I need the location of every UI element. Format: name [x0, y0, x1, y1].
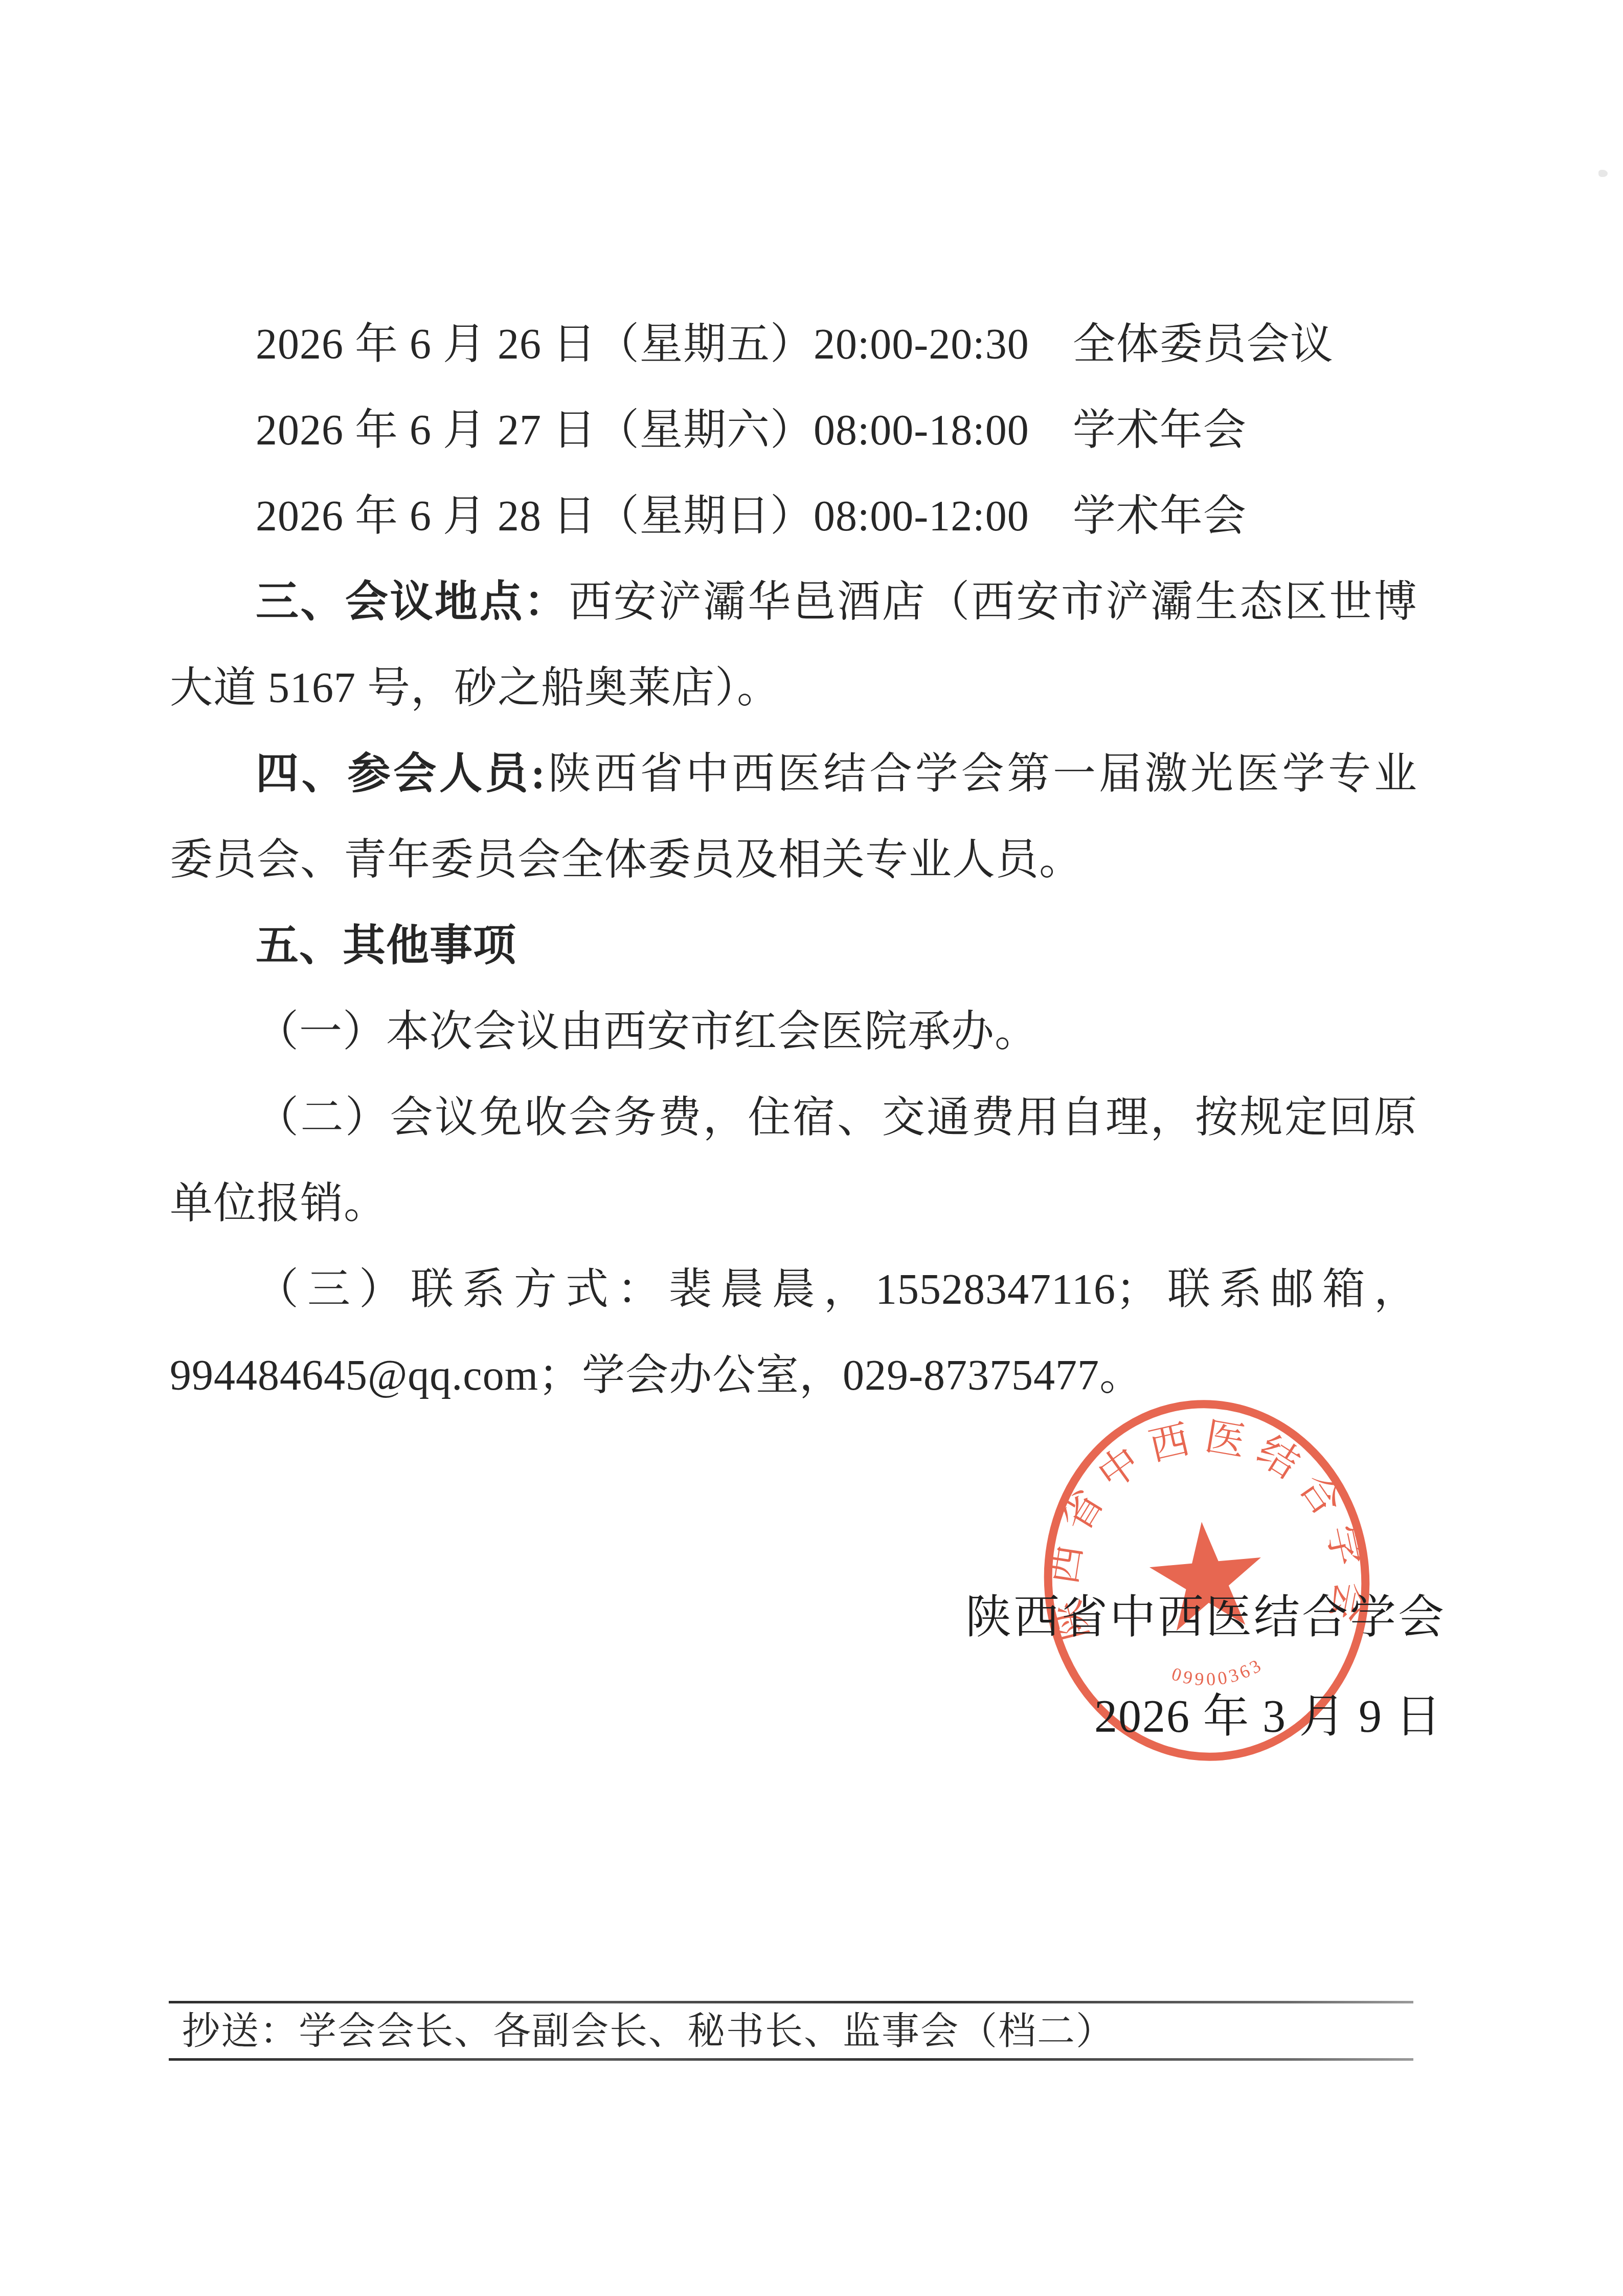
body-line: 四、参会人员:陕西省中西医结合学会第一届激光医学专业	[170, 731, 1417, 817]
body-line: 委员会、青年委员会全体委员及相关专业人员。	[170, 817, 1417, 903]
signature-org-name: 陕西省中西医结合学会	[965, 1590, 1446, 1646]
text-run-bold: 五、其他事项	[256, 922, 516, 970]
body-line: 单位报销。	[170, 1161, 1417, 1247]
text-run: 陕西省中西医结合学会第一届激光医学专业	[546, 750, 1417, 798]
seal-serial-number: 099003636	[993, 1359, 1268, 1707]
text-run: （二）会议免收会务费，住宿、交通费用自理，按规定回原	[256, 1094, 1417, 1142]
body-line: 大道 5167 号，砂之船奥莱店）。	[170, 645, 1417, 731]
signature-date: 2026 年 3 月 9 日	[1094, 1689, 1442, 1745]
text-run: 2026 年 6 月 26 日（星期五）20:00-20:30 全体委员会议	[256, 321, 1334, 368]
document-body: 2026 年 6 月 26 日（星期五）20:00-20:30 全体委员会议20…	[170, 302, 1417, 1419]
text-run-bold: 四、参会人员:	[256, 750, 546, 798]
body-line: 2026 年 6 月 28 日（星期日）08:00-12:00 学术年会	[170, 474, 1417, 560]
footer-rule-bottom	[169, 2058, 1413, 2061]
scanned-document-page: 2026 年 6 月 26 日（星期五）20:00-20:30 全体委员会议20…	[0, 0, 1623, 2296]
body-line: （二）会议免收会务费，住宿、交通费用自理，按规定回原	[170, 1075, 1417, 1161]
footer-rule-top	[169, 2001, 1413, 2003]
body-line: 五、其他事项	[170, 903, 1417, 989]
text-run: 2026 年 6 月 28 日（星期日）08:00-12:00 学术年会	[256, 493, 1247, 540]
body-line: 2026 年 6 月 26 日（星期五）20:00-20:30 全体委员会议	[170, 302, 1417, 388]
text-run: 大道 5167 号，砂之船奥莱店）。	[170, 664, 780, 712]
text-run: 2026 年 6 月 27 日（星期六）08:00-18:00 学术年会	[256, 407, 1247, 454]
text-run: （一）本次会议由西安市红会医院承办。	[256, 1008, 1038, 1056]
text-run: 994484645@qq.com；学会办公室，029-87375477。	[170, 1352, 1143, 1399]
text-run: 单位报销。	[170, 1180, 387, 1228]
text-run: （三）联系方式：裴晨晨，15528347116；联系邮箱，	[256, 1266, 1417, 1313]
footer-cc-line: 抄送：学会会长、各副会长、秘书长、监事会（档二）	[182, 2008, 1115, 2055]
body-line: 2026 年 6 月 27 日（星期六）08:00-18:00 学术年会	[170, 388, 1417, 474]
text-run: 委员会、青年委员会全体委员及相关专业人员。	[170, 836, 1083, 884]
body-line: 三、会议地点：西安浐灞华邑酒店（西安市浐灞生态区世博	[170, 560, 1417, 645]
body-line: （三）联系方式：裴晨晨，15528347116；联系邮箱，	[170, 1247, 1417, 1333]
text-run-bold: 三、会议地点：	[256, 578, 569, 626]
scan-artifact	[1598, 170, 1608, 177]
text-run: 西安浐灞华邑酒店（西安市浐灞生态区世博	[569, 578, 1417, 626]
body-line: （一）本次会议由西安市红会医院承办。	[170, 989, 1417, 1075]
